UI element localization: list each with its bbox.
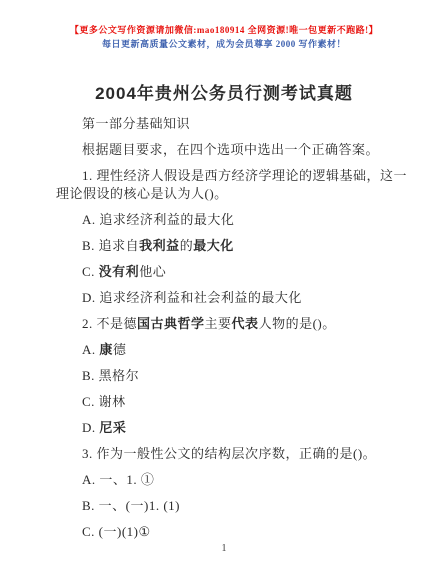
text-run: 代表 xyxy=(232,316,259,331)
text-run: 最大化 xyxy=(193,238,234,253)
text-run: D. xyxy=(82,420,99,435)
text-run: 国古典哲学 xyxy=(137,316,205,331)
questions-list: 1. 理性经济人假设是西方经济学理论的逻辑基础，这一理论假设的核心是认为人()。… xyxy=(56,167,412,541)
text-run: 的 xyxy=(180,238,194,253)
section-heading: 第一部分基础知识 xyxy=(56,115,412,133)
text-run: A. xyxy=(82,342,99,357)
text-run: B. 追求自 xyxy=(82,238,139,253)
question-stem: 3. 作为一般性公文的结构层次序数，正确的是()。 xyxy=(56,445,412,463)
text-run: 他心 xyxy=(139,264,166,279)
answer-option: C. (一)(1)① xyxy=(56,523,412,541)
text-run: 德 xyxy=(113,342,127,357)
text-run: 我利益 xyxy=(139,238,180,253)
text-run: D. 追求经济利益和社会利益的最大化 xyxy=(82,290,302,305)
page-number: 1 xyxy=(0,543,448,554)
text-run: C. 谢林 xyxy=(82,394,126,409)
answer-option: A. 一、1. ① xyxy=(56,471,412,489)
answer-option: B. 一、(一)1. (1) xyxy=(56,497,412,515)
promo-line-blue: 每日更新高质量公文素材，成为会员尊享 2000 写作素材！ xyxy=(0,37,448,51)
document-page: 【更多公文写作资源请加微信:mao180914 全网资源!唯一包更新不跑路!】 … xyxy=(0,0,448,580)
text-run: 1. 理性经济人假设是西方经济学理论的逻辑基础，这一理论假设的核心是认为人()。 xyxy=(56,168,407,201)
answer-option: A. 追求经济利益的最大化 xyxy=(56,211,412,229)
text-run: B. 一、(一)1. (1) xyxy=(82,498,180,513)
text-run: 康 xyxy=(99,342,113,357)
instruction-text: 根据题目要求，在四个选项中选出一个正确答案。 xyxy=(56,141,412,159)
text-run: A. 一、1. ① xyxy=(82,472,154,487)
page-title: 2004年贵州公务员行测考试真题 xyxy=(0,85,448,103)
text-run: A. 追求经济利益的最大化 xyxy=(82,212,234,227)
answer-option: B. 追求自我利益的最大化 xyxy=(56,237,412,255)
question-stem: 1. 理性经济人假设是西方经济学理论的逻辑基础，这一理论假设的核心是认为人()。 xyxy=(56,167,412,203)
text-run: 人物的是()。 xyxy=(259,316,336,331)
text-run: 2. 不是德 xyxy=(82,316,137,331)
promo-header: 【更多公文写作资源请加微信:mao180914 全网资源!唯一包更新不跑路!】 … xyxy=(0,0,448,51)
answer-option: D. 尼采 xyxy=(56,419,412,437)
promo-line-red: 【更多公文写作资源请加微信:mao180914 全网资源!唯一包更新不跑路!】 xyxy=(0,23,448,37)
document-body: 第一部分基础知识 根据题目要求，在四个选项中选出一个正确答案。 1. 理性经济人… xyxy=(0,115,448,541)
text-run: C. (一)(1)① xyxy=(82,524,151,539)
answer-option: A. 康德 xyxy=(56,341,412,359)
answer-option: C. 没有利他心 xyxy=(56,263,412,281)
text-run: C. xyxy=(82,264,99,279)
text-run: 主要 xyxy=(205,316,232,331)
answer-option: D. 追求经济利益和社会利益的最大化 xyxy=(56,289,412,307)
answer-option: B. 黑格尔 xyxy=(56,367,412,385)
question-stem: 2. 不是德国古典哲学主要代表人物的是()。 xyxy=(56,315,412,333)
text-run: 尼采 xyxy=(99,420,126,435)
text-run: 3. 作为一般性公文的结构层次序数，正确的是()。 xyxy=(82,446,376,461)
text-run: 没有利 xyxy=(99,264,140,279)
answer-option: C. 谢林 xyxy=(56,393,412,411)
text-run: B. 黑格尔 xyxy=(82,368,139,383)
